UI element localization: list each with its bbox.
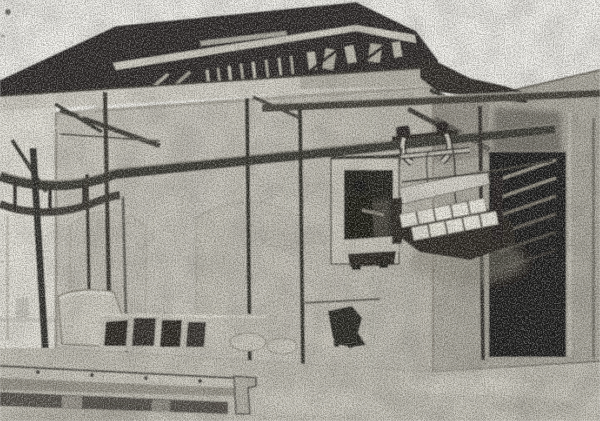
halftone-photograph — [0, 0, 600, 421]
halftone-texture — [0, 0, 600, 421]
photo-canvas — [0, 0, 600, 421]
print-blotch-overlay — [0, 0, 600, 421]
